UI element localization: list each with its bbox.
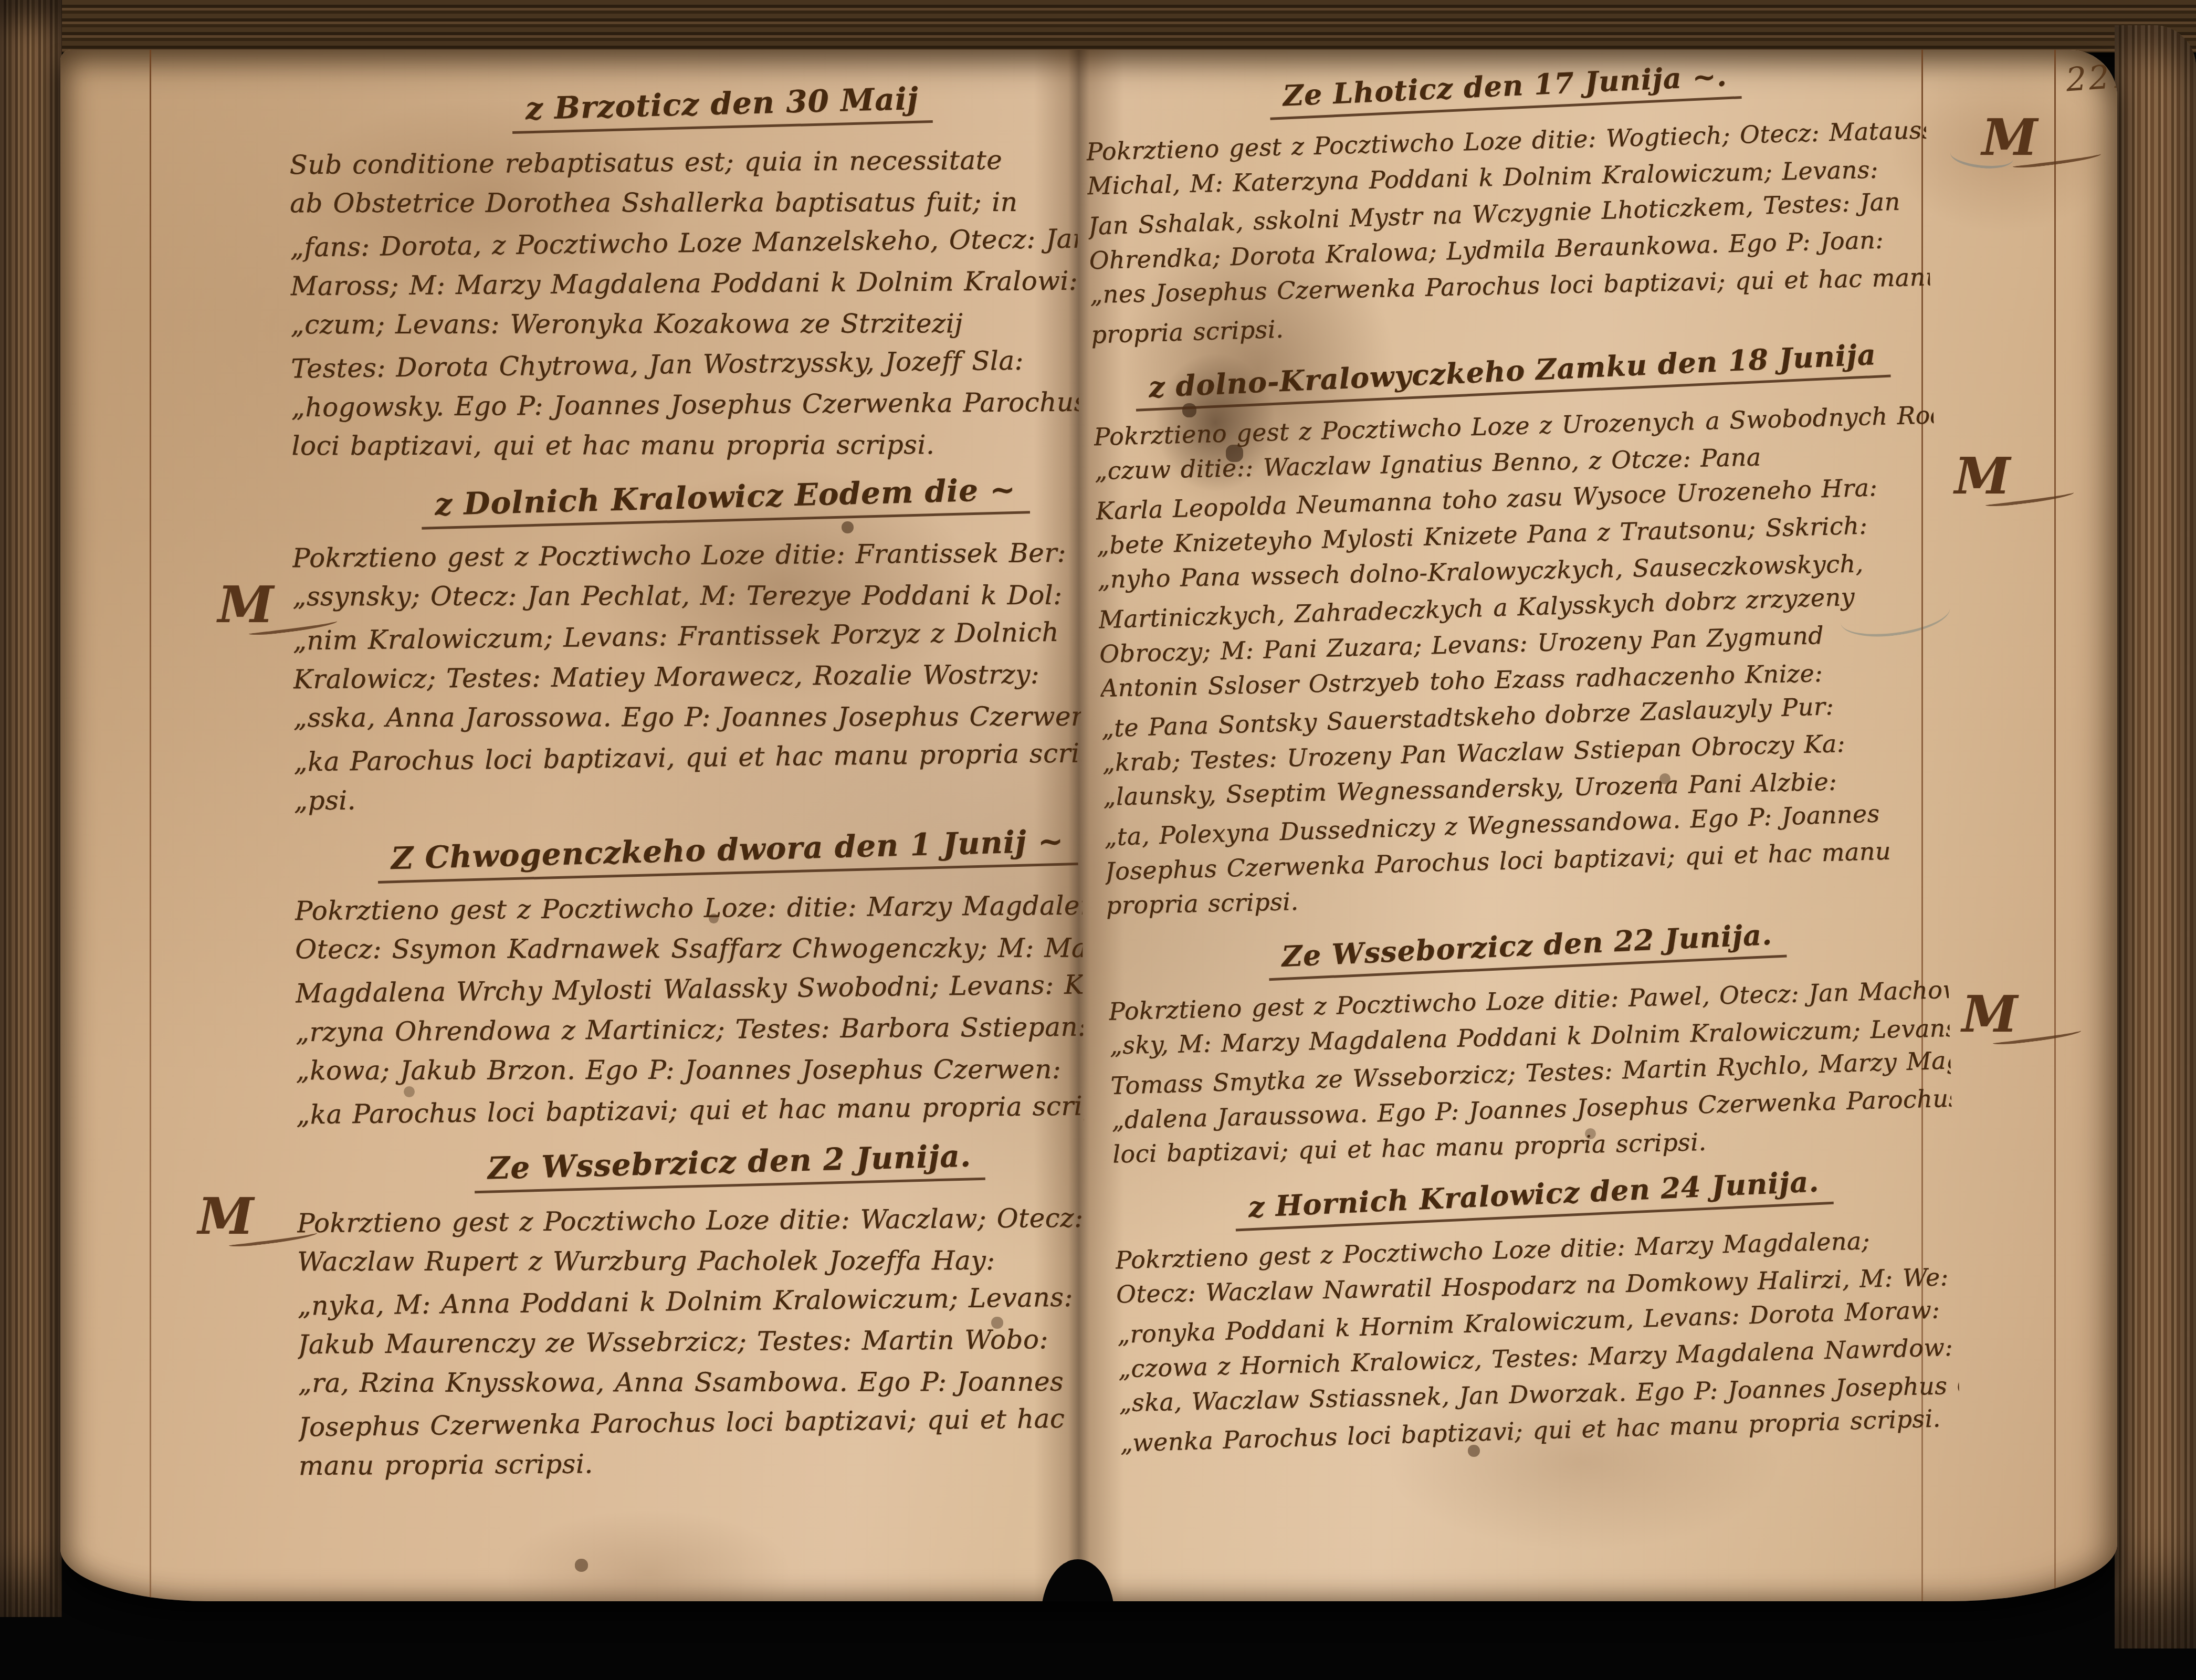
manuscript-line: Jakub Maurenczy ze Wssebrzicz; Testes: M… [298,1319,1086,1365]
manuscript-line: manu propria scripsi. [299,1441,1087,1486]
entry-heading-text: z Hornich Kralowicz den 24 Junija. [1234,1164,1834,1232]
manuscript-line: Waczlaw Rupert z Wurzburg Pacholek Jozef… [297,1241,1085,1283]
register-entry: z Dolnich Kralowicz Eodem die ~Pokrztien… [292,477,1081,821]
margin-rule-left-page [150,50,151,1601]
margin-annotation: M [1982,108,2037,167]
manuscript-line: „nyka, M: Anna Poddani k Dolnim Kralowic… [297,1277,1085,1326]
register-entry: Ze Wsseborzicz den 22 Junija.Pokrztieno … [1107,918,1953,1175]
entry-heading-text: z Brzoticz den 30 Maij [511,80,933,134]
margin-rule-right-page-outer [2054,50,2056,1601]
manuscript-line: „fans: Dorota, z Pocztiwcho Loze Manzels… [290,219,1078,268]
margin-annotation: M [1962,984,2018,1044]
margin-annotation-letter: M [218,575,274,634]
entry-heading-text: z Dolnich Kralowicz Eodem die ~ [421,471,1030,529]
book-scan: 221 z Brzoticz den 30 MaijSub conditione… [0,0,2196,1680]
manuscript-line: Pokrztieno gest z Pocztiwcho Loze ditie:… [297,1198,1085,1244]
page-number: 221 [2065,56,2117,99]
manuscript-line: „ka Parochus loci baptizavi, qui et hac … [293,733,1081,782]
book-left-page-edges [0,0,62,1617]
entry-heading: Z Chwogenczkeho dwora den 1 Junij ~ [295,829,1083,877]
margin-annotation-letter: M [1955,446,2010,506]
register-entry: Ze Lhoticz den 17 Junija ~.Pokrztieno ge… [1085,58,1931,352]
manuscript-line: „ra, Rzina Knysskowa, Anna Ssambowa. Ego… [298,1362,1086,1404]
margin-annotation: M [218,575,274,634]
register-entry: z Hornich Kralowicz den 24 Junija.Pokrzt… [1113,1167,1960,1460]
register-entry: Z Chwogenczkeho dwora den 1 Junij ~Pokrz… [295,829,1084,1133]
margin-annotation: M [198,1186,254,1246]
register-entry: z dolno-Kralowyczkeho Zamku den 18 Junij… [1092,343,1946,926]
margin-annotation-letter: M [198,1186,254,1246]
entry-heading-text: Ze Wssebrzicz den 2 Junija. [474,1138,986,1193]
manuscript-line: „ka Parochus loci baptizavi; qui et hac … [296,1086,1084,1135]
book-top-edge [37,0,2196,52]
manuscript-line: Magdalena Wrchy Mylosti Walassky Swobodn… [295,964,1083,1014]
manuscript-line: loci baptizavi, qui et hac manu propria … [291,425,1079,467]
manuscript-line: Maross; M: Marzy Magdalena Poddani k Dol… [290,261,1078,307]
right-page-text: Ze Lhoticz den 17 Junija ~.Pokrztieno ge… [1084,51,1960,1474]
manuscript-line: Pokrztieno gest z Pocztiwcho Loze ditie:… [292,533,1080,579]
manuscript-line: „hogowsky. Ego P: Joannes Josephus Czerw… [291,382,1079,428]
manuscript-line: „nim Kralowiczum; Levans: Frantissek Por… [293,612,1081,661]
ink-specks [60,50,65,55]
paper-stain [501,1509,795,1601]
entry-heading: z Dolnich Kralowicz Eodem die ~ [292,477,1080,524]
left-page-text: z Brzoticz den 30 MaijSub conditione reb… [289,76,1087,1500]
entry-heading: z Brzoticz den 30 Maij [289,83,1077,131]
entry-heading: Ze Lhoticz den 17 Junija ~. [1085,58,1925,121]
entry-heading: z dolno-Kralowyczkeho Zamku den 18 Junij… [1092,343,1932,405]
manuscript-line: „sska, Anna Jarossowa. Ego P: Joannes Jo… [293,697,1081,739]
manuscript-line: „kowa; Jakub Brzon. Ego P: Joannes Josep… [296,1049,1084,1091]
entry-heading-text: Ze Lhoticz den 17 Junija ~. [1268,58,1741,120]
margin-annotation-letter: M [1962,984,2018,1044]
manuscript-line: Testes: Dorota Chytrowa, Jan Wostrzyssky… [291,340,1079,390]
entry-heading: z Hornich Kralowicz den 24 Junija. [1113,1167,1954,1229]
manuscript-line: Otecz: Ssymon Kadrnawek Ssaffarz Chwogen… [295,928,1083,970]
manuscript-line: „rzyna Ohrendowa z Martinicz; Testes: Ba… [296,1007,1084,1053]
margin-annotation: M [1955,446,2010,506]
manuscript-line: Josephus Czerwenka Parochus loci baptiza… [298,1398,1086,1447]
manuscript-line: Sub conditione rebaptisatus est; quia in… [289,140,1077,185]
manuscript-line: „psi. [294,775,1082,821]
register-entry: Ze Wssebrzicz den 2 Junija.Pokrztieno ge… [297,1142,1086,1486]
book-right-page-edges [2115,25,2196,1648]
register-entry: z Brzoticz den 30 MaijSub conditione reb… [289,83,1079,468]
manuscript-line: „czum; Levans: Weronyka Kozakowa ze Strz… [291,303,1078,345]
manuscript-line: Kralowicz; Testes: Matiey Morawecz, Roza… [293,654,1081,700]
manuscript-line: Pokrztieno gest z Pocztiwcho Loze: ditie… [295,886,1083,931]
entry-heading: Ze Wssebrzicz den 2 Junija. [297,1142,1085,1190]
manuscript-line: „ssynsky; Otecz: Jan Pechlat, M: Terezye… [292,575,1080,617]
open-pages: 221 z Brzoticz den 30 MaijSub conditione… [60,50,2117,1601]
manuscript-line: ab Obstetrice Dorothea Sshallerka baptis… [290,182,1077,224]
entry-heading-text: Ze Wsseborzicz den 22 Junija. [1267,917,1787,981]
entry-heading-text: Z Chwogenczkeho dwora den 1 Junij ~ [377,823,1078,884]
entry-heading: Ze Wsseborzicz den 22 Junija. [1107,918,1948,980]
margin-annotation-letter: M [1982,108,2037,167]
